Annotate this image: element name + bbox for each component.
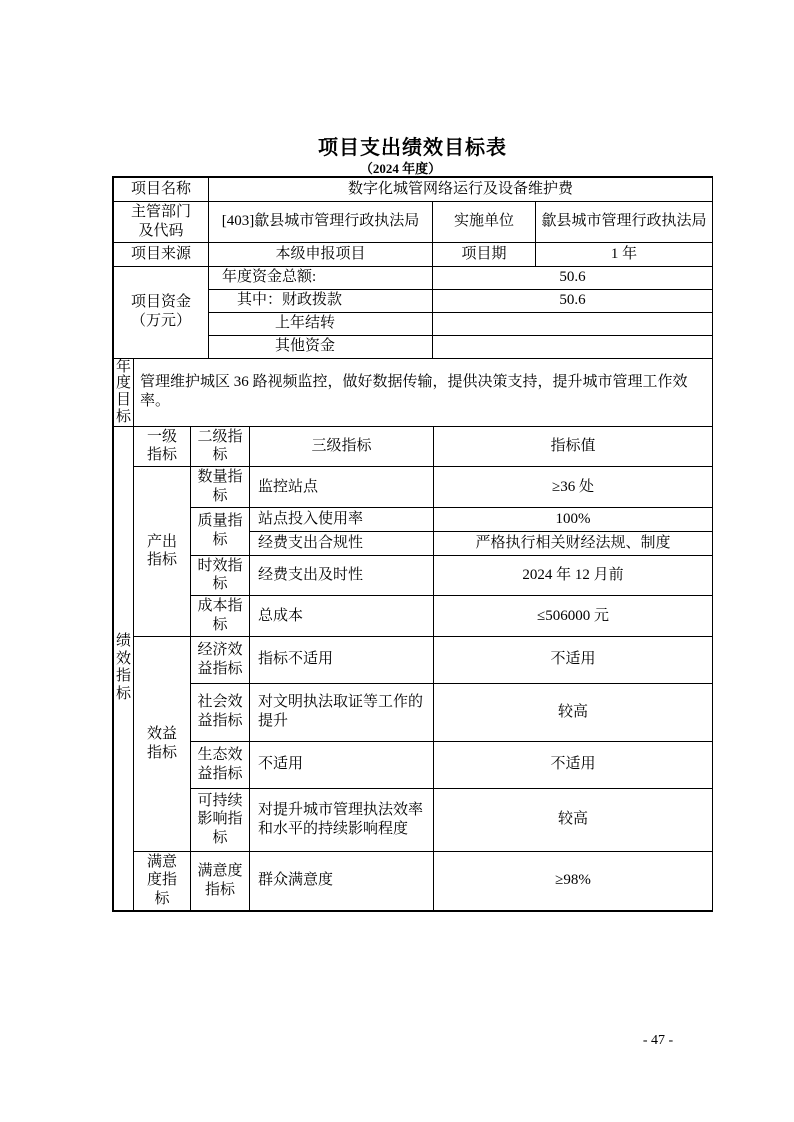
project-name-label: 项目名称 [114, 178, 209, 202]
funds-total-value: 50.6 [433, 266, 713, 289]
funds-other-label: 其他资金 [209, 335, 433, 358]
indicator-value: 100% [434, 507, 713, 531]
level3-indicator: 不适用 [250, 741, 434, 788]
table-row: 时效指 标 经费支出及时性 2024 年 12 月前 [114, 555, 713, 596]
table-row: 年度目标 管理维护城区 36 路视频监控，做好数据传输，提供决策支持，提升城市管… [114, 358, 713, 426]
level2-quality: 质量指 标 [191, 507, 250, 555]
header-level2: 二级指 标 [191, 426, 250, 467]
project-name-value: 数字化城管网络运行及设备维护费 [209, 178, 713, 202]
indicators-table: 绩效指标 一级 指标 二级指 标 三级指标 指标值 产出 指标 数量指 标 监控… [113, 426, 713, 911]
level3-indicator: 指标不适用 [250, 636, 434, 683]
page-title: 项目支出绩效目标表 [113, 131, 712, 160]
level1-satisfaction: 满意 度指 标 [134, 851, 191, 910]
indicator-value: 较高 [434, 788, 713, 851]
funds-label: 项目资金 （万元） [114, 266, 209, 358]
indicator-value: 不适用 [434, 636, 713, 683]
indicator-value: ≤506000 元 [434, 596, 713, 637]
table-row: 社会效 益指标 对文明执法取证等工作的 提升 较高 [114, 683, 713, 741]
level2-social: 社会效 益指标 [191, 683, 250, 741]
level3-indicator: 经费支出及时性 [250, 555, 434, 596]
table-row: 满意 度指 标 满意度 指标 群众满意度 ≥98% [114, 851, 713, 910]
funds-fiscal-value: 50.6 [433, 289, 713, 312]
indicator-value: 严格执行相关财经法规、制度 [434, 531, 713, 555]
level2-economic: 经济效 益指标 [191, 636, 250, 683]
level1-output: 产出 指标 [134, 467, 191, 637]
table-row: 绩效指标 一级 指标 二级指 标 三级指标 指标值 [114, 426, 713, 467]
table-row: 主管部门 及代码 [403]歙县城市管理行政执法局 实施单位 歙县城市管理行政执… [114, 202, 713, 243]
funds-fiscal-label: 其中：财政拨款 [209, 289, 433, 312]
document-page: 项目支出绩效目标表 （2024 年度） 项目名称 数字化城管网络运行及设备维护费… [0, 0, 794, 1122]
period-label: 项目期 [433, 242, 536, 266]
indicator-value: 2024 年 12 月前 [434, 555, 713, 596]
indicator-value: ≥98% [434, 851, 713, 910]
indicator-value: 较高 [434, 683, 713, 741]
level2-cost: 成本指 标 [191, 596, 250, 637]
impl-unit-value: 歙县城市管理行政执法局 [536, 202, 713, 243]
performance-target-table: 项目名称 数字化城管网络运行及设备维护费 主管部门 及代码 [403]歙县城市管… [112, 176, 713, 912]
header-level3: 三级指标 [250, 426, 434, 467]
source-label: 项目来源 [114, 242, 209, 266]
indicators-side-label: 绩效指标 [114, 426, 134, 910]
level3-indicator: 群众满意度 [250, 851, 434, 910]
level2-quantity: 数量指 标 [191, 467, 250, 508]
page-number: - 47 - [613, 1033, 703, 1049]
level3-indicator: 经费支出合规性 [250, 531, 434, 555]
header-level1: 一级 指标 [134, 426, 191, 467]
table-row: 质量指 标 站点投入使用率 100% [114, 507, 713, 531]
funds-total-label: 年度资金总额: [209, 266, 433, 289]
funds-other-value [433, 335, 713, 358]
level2-timeliness: 时效指 标 [191, 555, 250, 596]
table-row: 效益 指标 经济效 益指标 指标不适用 不适用 [114, 636, 713, 683]
table-row: 生态效 益指标 不适用 不适用 [114, 741, 713, 788]
annual-goal-text: 管理维护城区 36 路视频监控，做好数据传输，提供决策支持，提升城市管理工作效率… [134, 358, 713, 426]
dept-value: [403]歙县城市管理行政执法局 [209, 202, 433, 243]
funds-carryover-value [433, 312, 713, 335]
level2-ecological: 生态效 益指标 [191, 741, 250, 788]
level3-indicator: 监控站点 [250, 467, 434, 508]
annual-goal-label: 年度目标 [114, 358, 134, 426]
period-value: 1 年 [536, 242, 713, 266]
table-row: 项目来源 本级申报项目 项目期 1 年 [114, 242, 713, 266]
page-subtitle: （2024 年度） [101, 158, 700, 177]
funds-carryover-label: 上年结转 [209, 312, 433, 335]
table-row: 可持续 影响指 标 对提升城市管理执法效率 和水平的持续影响程度 较高 [114, 788, 713, 851]
impl-unit-label: 实施单位 [433, 202, 536, 243]
level2-sustainability: 可持续 影响指 标 [191, 788, 250, 851]
table-row: 成本指 标 总成本 ≤506000 元 [114, 596, 713, 637]
indicator-value: ≥36 处 [434, 467, 713, 508]
header-value: 指标值 [434, 426, 713, 467]
level2-satisfaction: 满意度 指标 [191, 851, 250, 910]
level3-indicator: 对提升城市管理执法效率 和水平的持续影响程度 [250, 788, 434, 851]
dept-label: 主管部门 及代码 [114, 202, 209, 243]
table-row: 项目名称 数字化城管网络运行及设备维护费 [114, 178, 713, 202]
level3-indicator: 总成本 [250, 596, 434, 637]
level3-indicator: 站点投入使用率 [250, 507, 434, 531]
annual-goal-table: 年度目标 管理维护城区 36 路视频监控，做好数据传输，提供决策支持，提升城市管… [113, 358, 713, 427]
table-row: 产出 指标 数量指 标 监控站点 ≥36 处 [114, 467, 713, 508]
table-row: 项目资金 （万元） 年度资金总额: 50.6 [114, 266, 713, 289]
level3-indicator: 对文明执法取证等工作的 提升 [250, 683, 434, 741]
level1-benefit: 效益 指标 [134, 636, 191, 851]
indicator-value: 不适用 [434, 741, 713, 788]
source-value: 本级申报项目 [209, 242, 433, 266]
project-info-table: 项目名称 数字化城管网络运行及设备维护费 主管部门 及代码 [403]歙县城市管… [113, 177, 713, 359]
